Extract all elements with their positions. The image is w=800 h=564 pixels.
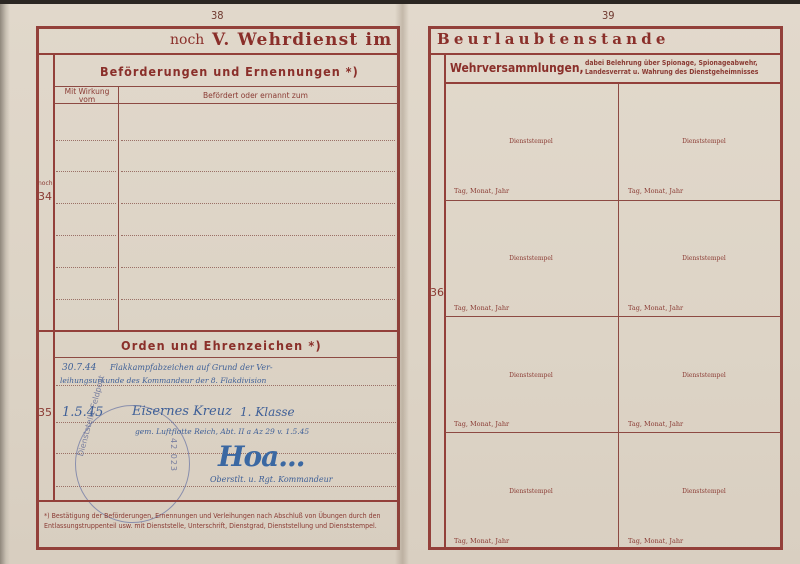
page-number-left: 38 (211, 9, 224, 22)
right-form-frame (428, 26, 783, 550)
page-title-left: V. Wehrdienst im (212, 30, 392, 50)
grid-row-divider (445, 316, 781, 317)
promo-row-date-line[interactable] (56, 235, 116, 236)
decoration-2-award: Eisernes Kreuz (132, 404, 232, 419)
promo-row-date-line[interactable] (56, 267, 116, 268)
row-marker-36: 36 (430, 286, 444, 299)
title-prefix: noch (170, 32, 204, 48)
promo-row-rank-line[interactable] (121, 203, 395, 204)
cell-3-stamp-label: Dienststempel (509, 255, 553, 262)
promotions-section-end (38, 330, 398, 332)
promotions-heading: Beförderungen und Ernennungen *) (100, 64, 359, 79)
promo-row-date-line[interactable] (56, 299, 116, 300)
decoration-1-text-line2: leihungsurkunde des Kommandeur der 8. Fl… (60, 376, 266, 385)
stamp-number: 42 023 (169, 438, 178, 472)
cell-4-date-label[interactable]: Tag, Monat, Jahr (628, 304, 683, 312)
cell-7-date-label[interactable]: Tag, Monat, Jahr (454, 537, 509, 545)
cell-8-date-label[interactable]: Tag, Monat, Jahr (628, 537, 683, 545)
promotions-col-divider (118, 86, 119, 331)
assemblies-note-line1: dabei Belehrung über Spionage, Spionagea… (585, 59, 758, 67)
book-spine (395, 4, 409, 564)
promotions-colheader-divider (54, 103, 398, 104)
promo-row-date-line[interactable] (56, 203, 116, 204)
cell-6-stamp-label: Dienststempel (682, 372, 726, 379)
col-date-header: Mit Wirkung vom (62, 87, 112, 104)
page-number-right: 39 (602, 9, 615, 22)
book-left-edge (0, 4, 10, 564)
promo-row-rank-line[interactable] (121, 235, 395, 236)
cell-1-date-label[interactable]: Tag, Monat, Jahr (454, 187, 509, 195)
decoration-2-class: 1. Klasse (240, 405, 295, 419)
assemblies-header-divider (445, 82, 781, 84)
grid-row-divider (445, 200, 781, 201)
row-marker-35: 35 (38, 406, 52, 419)
decoration-2-date: 1.5.45 (62, 405, 103, 420)
cell-7-stamp-label: Dienststempel (509, 488, 553, 495)
row-marker-34: 34 (38, 190, 52, 203)
cell-3-date-label[interactable]: Tag, Monat, Jahr (454, 304, 509, 312)
cell-2-stamp-label: Dienststempel (682, 138, 726, 145)
promo-row-date-line[interactable] (56, 140, 116, 141)
signer-title: Oberstlt. u. Rgt. Kommandeur (210, 475, 333, 484)
footnote-text: *) Bestätigung der Beförderungen, Ernenn… (44, 512, 394, 531)
decoration-2-authority: gem. Luftflotte Reich, Abt. II a Az 29 v… (135, 427, 309, 436)
cell-5-stamp-label: Dienststempel (509, 372, 553, 379)
page-title-right: Beurlaubtenstande (437, 30, 670, 48)
title-divider-left (38, 53, 398, 55)
decoration-1-text-line1: Flakkampfabzeichen auf Grund der Ver- (110, 363, 273, 372)
promo-row-rank-line[interactable] (121, 299, 395, 300)
cell-4-stamp-label: Dienststempel (682, 255, 726, 262)
decorations-heading: Orden und Ehrenzeichen *) (121, 338, 322, 353)
promo-row-rank-line[interactable] (121, 171, 395, 172)
footnote-divider (38, 500, 398, 502)
promo-row-rank-line[interactable] (121, 140, 395, 141)
col-rank-header: Befördert oder ernannt zum (203, 91, 308, 100)
commander-signature: Hoa... (218, 440, 305, 473)
decoration-line[interactable] (56, 385, 396, 386)
title-divider-right (430, 53, 781, 55)
cell-8-stamp-label: Dienststempel (682, 488, 726, 495)
grid-row-divider (445, 432, 781, 433)
decoration-1-date: 30.7.44 (62, 363, 96, 373)
cell-6-date-label[interactable]: Tag, Monat, Jahr (628, 420, 683, 428)
row-marker-prefix: noch (38, 180, 53, 187)
cell-2-date-label[interactable]: Tag, Monat, Jahr (628, 187, 683, 195)
cell-1-stamp-label: Dienststempel (509, 138, 553, 145)
cell-5-date-label[interactable]: Tag, Monat, Jahr (454, 420, 509, 428)
decorations-header-divider (54, 357, 398, 358)
promo-row-date-line[interactable] (56, 171, 116, 172)
marker-column-divider (53, 54, 55, 501)
assemblies-note-line2: Landesverrat u. Wahrung des Dienstgeheim… (585, 68, 758, 76)
marker-column-divider-right (444, 54, 446, 548)
assemblies-heading: Wehrversammlungen, (450, 61, 584, 75)
promo-row-rank-line[interactable] (121, 267, 395, 268)
